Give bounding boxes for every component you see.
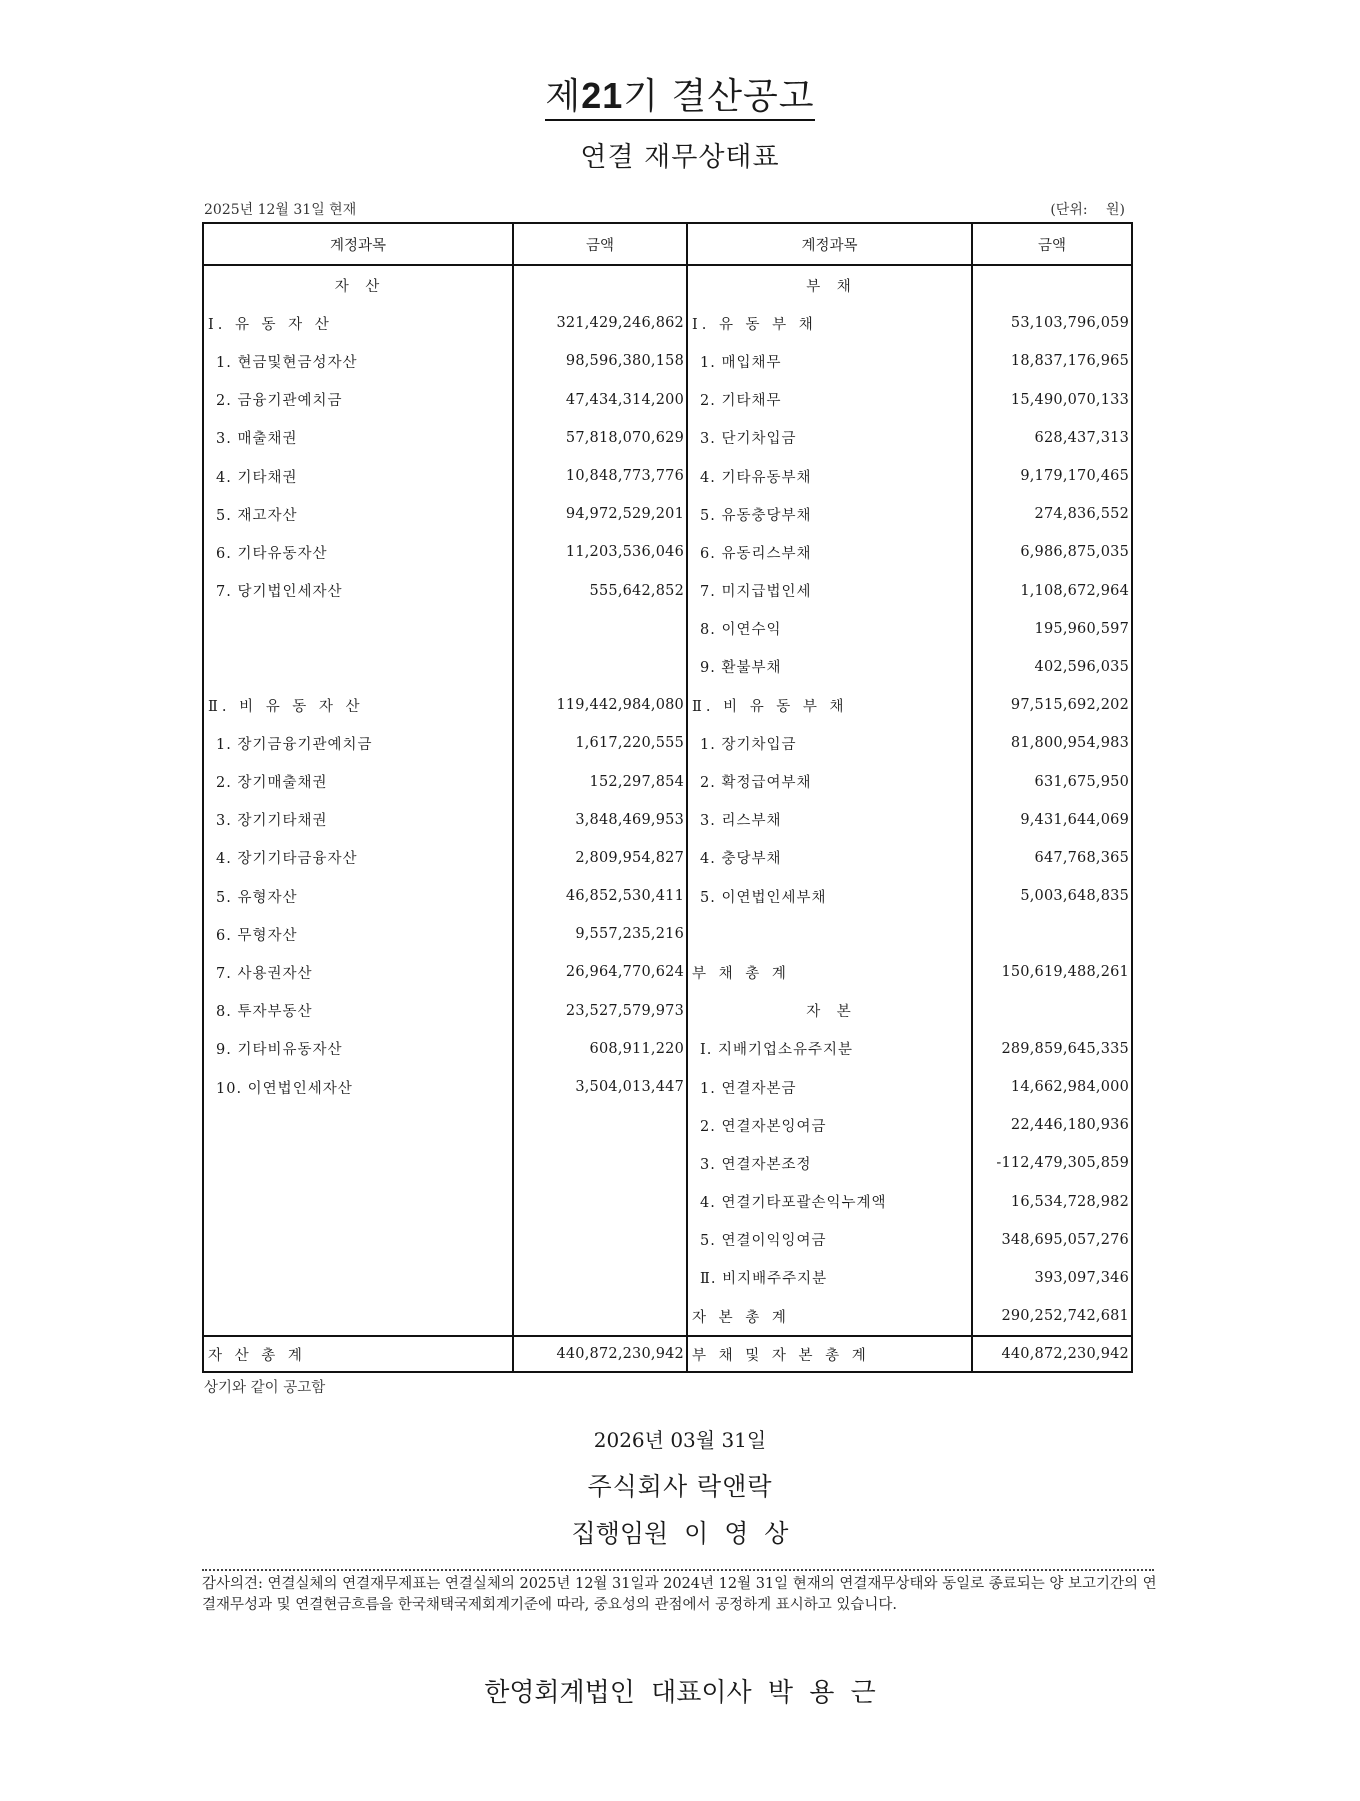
liability-equity-label: 1. 장기차입금 bbox=[687, 724, 972, 762]
unit-label: (단위: 원) bbox=[1050, 199, 1125, 219]
liability-equity-label: 2. 기타채무 bbox=[687, 381, 972, 419]
table-row: 10. 이연법인세자산3,504,013,4471. 연결자본금14,662,9… bbox=[203, 1068, 1132, 1106]
liability-equity-label: 8. 이연수익 bbox=[687, 610, 972, 648]
asset-amount: 3,848,469,953 bbox=[513, 801, 687, 839]
table-row: 5. 유형자산46,852,530,4115. 이연법인세부채5,003,648… bbox=[203, 877, 1132, 915]
liability-equity-amount: 195,960,597 bbox=[972, 610, 1132, 648]
liability-equity-amount: 628,437,313 bbox=[972, 419, 1132, 457]
liability-equity-amount: 289,859,645,335 bbox=[972, 1030, 1132, 1068]
balance-sheet-table: 계정과목 금액 계정과목 금액 자 산부 채Ⅰ. 유 동 자 산321,429,… bbox=[202, 222, 1133, 1373]
liability-equity-label: 1. 연결자본금 bbox=[687, 1068, 972, 1106]
table-row: 7. 사용권자산26,964,770,624부 채 총 계150,619,488… bbox=[203, 953, 1132, 991]
asset-label: 2. 장기매출채권 bbox=[203, 762, 513, 800]
column-header-account: 계정과목 bbox=[687, 223, 972, 265]
dotted-divider bbox=[202, 1569, 1154, 1571]
liability-equity-amount: 631,675,950 bbox=[972, 762, 1132, 800]
asset-label bbox=[203, 610, 513, 648]
liability-equity-amount: 14,662,984,000 bbox=[972, 1068, 1132, 1106]
column-header-amount: 금액 bbox=[513, 223, 687, 265]
asset-amount: 321,429,246,862 bbox=[513, 304, 687, 342]
table-row: 2. 장기매출채권152,297,8542. 확정급여부채631,675,950 bbox=[203, 762, 1132, 800]
liability-equity-label: 5. 연결이익잉여금 bbox=[687, 1221, 972, 1259]
liability-equity-label: 2. 연결자본잉여금 bbox=[687, 1106, 972, 1144]
table-row: 4. 기타채권10,848,773,7764. 기타유동부채9,179,170,… bbox=[203, 457, 1132, 495]
table-row: 9. 환불부채402,596,035 bbox=[203, 648, 1132, 686]
table-row: 5. 재고자산94,972,529,2015. 유동충당부채274,836,55… bbox=[203, 495, 1132, 533]
auditor-signature: 한영회계법인 대표이사 박 용 근 bbox=[0, 1672, 1360, 1709]
asset-label: 5. 유형자산 bbox=[203, 877, 513, 915]
liability-equity-amount bbox=[972, 992, 1132, 1030]
asset-amount: 3,504,013,447 bbox=[513, 1068, 687, 1106]
liability-equity-amount: 5,003,648,835 bbox=[972, 877, 1132, 915]
asset-label: Ⅰ. 유 동 자 산 bbox=[203, 304, 513, 342]
asset-label: 자 산 bbox=[203, 265, 513, 304]
liability-equity-label: 자 본 총 계 bbox=[687, 1297, 972, 1336]
asset-amount bbox=[513, 265, 687, 304]
table-header-row: 계정과목 금액 계정과목 금액 bbox=[203, 223, 1132, 265]
asset-amount bbox=[513, 1221, 687, 1259]
liability-equity-amount: 9,431,644,069 bbox=[972, 801, 1132, 839]
liability-equity-amount: 15,490,070,133 bbox=[972, 381, 1132, 419]
total-liabilities-equity-amount: 440,872,230,942 bbox=[972, 1336, 1132, 1372]
liability-equity-amount: 150,619,488,261 bbox=[972, 953, 1132, 991]
asset-label: 7. 당기법인세자산 bbox=[203, 572, 513, 610]
column-header-account: 계정과목 bbox=[203, 223, 513, 265]
asset-amount: 46,852,530,411 bbox=[513, 877, 687, 915]
table-row: Ⅰ. 유 동 자 산321,429,246,862Ⅰ. 유 동 부 채53,10… bbox=[203, 304, 1132, 342]
liability-equity-amount: 22,446,180,936 bbox=[972, 1106, 1132, 1144]
liability-equity-label: 4. 연결기타포괄손익누계액 bbox=[687, 1183, 972, 1221]
table-row: Ⅱ. 비 유 동 자 산119,442,984,080Ⅱ. 비 유 동 부 채9… bbox=[203, 686, 1132, 724]
total-row: 자 산 총 계 440,872,230,942 부 채 및 자 본 총 계 44… bbox=[203, 1336, 1132, 1372]
asset-amount bbox=[513, 1259, 687, 1297]
asset-amount: 98,596,380,158 bbox=[513, 342, 687, 380]
asset-amount: 57,818,070,629 bbox=[513, 419, 687, 457]
asset-amount: 9,557,235,216 bbox=[513, 915, 687, 953]
asset-label: 3. 장기기타채권 bbox=[203, 801, 513, 839]
liability-equity-amount: 97,515,692,202 bbox=[972, 686, 1132, 724]
table-row: 9. 기타비유동자산608,911,220Ⅰ. 지배기업소유주지분289,859… bbox=[203, 1030, 1132, 1068]
liability-equity-label: 5. 이연법인세부채 bbox=[687, 877, 972, 915]
asset-amount: 152,297,854 bbox=[513, 762, 687, 800]
announcement-date: 2026년 03월 31일 bbox=[0, 1424, 1360, 1453]
asset-label: 4. 장기기타금융자산 bbox=[203, 839, 513, 877]
asset-amount: 94,972,529,201 bbox=[513, 495, 687, 533]
table-row: 8. 투자부동산23,527,579,973자 본 bbox=[203, 992, 1132, 1030]
liability-equity-amount: 274,836,552 bbox=[972, 495, 1132, 533]
column-header-amount: 금액 bbox=[972, 223, 1132, 265]
asset-amount bbox=[513, 1183, 687, 1221]
table-row: 2. 금융기관예치금47,434,314,2002. 기타채무15,490,07… bbox=[203, 381, 1132, 419]
asset-label: 6. 기타유동자산 bbox=[203, 533, 513, 571]
liability-equity-label: 부 채 bbox=[687, 265, 972, 304]
asset-amount: 1,617,220,555 bbox=[513, 724, 687, 762]
liability-equity-label: 자 본 bbox=[687, 992, 972, 1030]
asset-amount bbox=[513, 1144, 687, 1182]
liability-equity-label bbox=[687, 915, 972, 953]
audit-opinion: 감사의견: 연결실체의 연결재무제표는 연결실체의 2025년 12월 31일과… bbox=[202, 1574, 1162, 1616]
asset-amount: 608,911,220 bbox=[513, 1030, 687, 1068]
liability-equity-amount: 6,986,875,035 bbox=[972, 533, 1132, 571]
total-assets-label: 자 산 총 계 bbox=[203, 1336, 513, 1372]
asset-label bbox=[203, 1297, 513, 1336]
liability-equity-amount: 1,108,672,964 bbox=[972, 572, 1132, 610]
liability-equity-amount: 348,695,057,276 bbox=[972, 1221, 1132, 1259]
asset-label: 4. 기타채권 bbox=[203, 457, 513, 495]
asset-label: 1. 현금및현금성자산 bbox=[203, 342, 513, 380]
asset-label: 8. 투자부동산 bbox=[203, 992, 513, 1030]
asset-label bbox=[203, 1259, 513, 1297]
liability-equity-amount: 9,179,170,465 bbox=[972, 457, 1132, 495]
liability-equity-amount: 81,800,954,983 bbox=[972, 724, 1132, 762]
table-row: 4. 장기기타금융자산2,809,954,8274. 충당부채647,768,3… bbox=[203, 839, 1132, 877]
liability-equity-label: Ⅱ. 비 유 동 부 채 bbox=[687, 686, 972, 724]
liability-equity-label: 6. 유동리스부채 bbox=[687, 533, 972, 571]
asset-amount: 23,527,579,973 bbox=[513, 992, 687, 1030]
liability-equity-amount: 53,103,796,059 bbox=[972, 304, 1132, 342]
liability-equity-amount bbox=[972, 265, 1132, 304]
liability-equity-label: 부 채 총 계 bbox=[687, 953, 972, 991]
asset-amount: 11,203,536,046 bbox=[513, 533, 687, 571]
asset-amount bbox=[513, 648, 687, 686]
table-body: 자 산부 채Ⅰ. 유 동 자 산321,429,246,862Ⅰ. 유 동 부 … bbox=[203, 265, 1132, 1336]
asset-label bbox=[203, 1221, 513, 1259]
asset-amount: 119,442,984,080 bbox=[513, 686, 687, 724]
title-suffix: 기 결산공고 bbox=[623, 76, 814, 121]
table-row: 자 산부 채 bbox=[203, 265, 1132, 304]
liability-equity-label: 9. 환불부채 bbox=[687, 648, 972, 686]
liability-equity-label: 7. 미지급법인세 bbox=[687, 572, 972, 610]
asset-label: 5. 재고자산 bbox=[203, 495, 513, 533]
table-row: 4. 연결기타포괄손익누계액16,534,728,982 bbox=[203, 1183, 1132, 1221]
liability-equity-label: 2. 확정급여부채 bbox=[687, 762, 972, 800]
asset-label bbox=[203, 1144, 513, 1182]
liability-equity-label: 5. 유동충당부채 bbox=[687, 495, 972, 533]
liability-equity-amount: 16,534,728,982 bbox=[972, 1183, 1132, 1221]
company-name: 주식회사 락앤락 bbox=[0, 1467, 1360, 1503]
asset-label: 2. 금융기관예치금 bbox=[203, 381, 513, 419]
asset-label: 7. 사용권자산 bbox=[203, 953, 513, 991]
as-of-date: 2025년 12월 31일 현재 bbox=[204, 199, 356, 219]
liability-equity-label: Ⅱ. 비지배주주지분 bbox=[687, 1259, 972, 1297]
title-prefix: 제 bbox=[545, 76, 581, 121]
asset-label bbox=[203, 648, 513, 686]
table-row: 3. 매출채권57,818,070,6293. 단기차입금628,437,313 bbox=[203, 419, 1132, 457]
liability-equity-amount: 402,596,035 bbox=[972, 648, 1132, 686]
liability-equity-label: 4. 기타유동부채 bbox=[687, 457, 972, 495]
table-row: 2. 연결자본잉여금22,446,180,936 bbox=[203, 1106, 1132, 1144]
total-liabilities-equity-label: 부 채 및 자 본 총 계 bbox=[687, 1336, 972, 1372]
liability-equity-label: Ⅰ. 유 동 부 채 bbox=[687, 304, 972, 342]
statement-title: 연결 재무상태표 bbox=[0, 135, 1360, 174]
liability-equity-label: Ⅰ. 지배기업소유주지분 bbox=[687, 1030, 972, 1068]
asset-amount: 2,809,954,827 bbox=[513, 839, 687, 877]
executive-name: 집행임원 이 영 상 bbox=[0, 1514, 1360, 1550]
announcement-note: 상기와 같이 공고함 bbox=[204, 1376, 325, 1397]
liability-equity-label: 4. 충당부채 bbox=[687, 839, 972, 877]
liability-equity-amount: 18,837,176,965 bbox=[972, 342, 1132, 380]
page-title: 제21기 결산공고 bbox=[0, 68, 1360, 119]
asset-amount bbox=[513, 610, 687, 648]
total-assets-amount: 440,872,230,942 bbox=[513, 1336, 687, 1372]
asset-label: 6. 무형자산 bbox=[203, 915, 513, 953]
asset-label: Ⅱ. 비 유 동 자 산 bbox=[203, 686, 513, 724]
asset-amount: 26,964,770,624 bbox=[513, 953, 687, 991]
asset-amount bbox=[513, 1297, 687, 1336]
liability-equity-label: 1. 매입채무 bbox=[687, 342, 972, 380]
asset-label: 1. 장기금융기관예치금 bbox=[203, 724, 513, 762]
asset-label: 3. 매출채권 bbox=[203, 419, 513, 457]
asset-amount: 555,642,852 bbox=[513, 572, 687, 610]
table-row: 3. 장기기타채권3,848,469,9533. 리스부채9,431,644,0… bbox=[203, 801, 1132, 839]
table-row: 3. 연결자본조정-112,479,305,859 bbox=[203, 1144, 1132, 1182]
table-row: 6. 무형자산9,557,235,216 bbox=[203, 915, 1132, 953]
table-row: 1. 현금및현금성자산98,596,380,1581. 매입채무18,837,1… bbox=[203, 342, 1132, 380]
asset-amount: 47,434,314,200 bbox=[513, 381, 687, 419]
title-number: 21 bbox=[581, 75, 623, 116]
table-row: 5. 연결이익잉여금348,695,057,276 bbox=[203, 1221, 1132, 1259]
liability-equity-label: 3. 연결자본조정 bbox=[687, 1144, 972, 1182]
asset-amount bbox=[513, 1106, 687, 1144]
liability-equity-label: 3. 리스부채 bbox=[687, 801, 972, 839]
table-row: 6. 기타유동자산11,203,536,0466. 유동리스부채6,986,87… bbox=[203, 533, 1132, 571]
table-row: 8. 이연수익195,960,597 bbox=[203, 610, 1132, 648]
table-row: 1. 장기금융기관예치금1,617,220,5551. 장기차입금81,800,… bbox=[203, 724, 1132, 762]
asset-label: 10. 이연법인세자산 bbox=[203, 1068, 513, 1106]
asset-amount: 10,848,773,776 bbox=[513, 457, 687, 495]
table-row: Ⅱ. 비지배주주지분393,097,346 bbox=[203, 1259, 1132, 1297]
table-row: 자 본 총 계290,252,742,681 bbox=[203, 1297, 1132, 1336]
liability-equity-amount: 647,768,365 bbox=[972, 839, 1132, 877]
table-row: 7. 당기법인세자산555,642,8527. 미지급법인세1,108,672,… bbox=[203, 572, 1132, 610]
liability-equity-amount bbox=[972, 915, 1132, 953]
asset-label bbox=[203, 1183, 513, 1221]
liability-equity-label: 3. 단기차입금 bbox=[687, 419, 972, 457]
liability-equity-amount: -112,479,305,859 bbox=[972, 1144, 1132, 1182]
asset-label: 9. 기타비유동자산 bbox=[203, 1030, 513, 1068]
liability-equity-amount: 290,252,742,681 bbox=[972, 1297, 1132, 1336]
asset-label bbox=[203, 1106, 513, 1144]
liability-equity-amount: 393,097,346 bbox=[972, 1259, 1132, 1297]
